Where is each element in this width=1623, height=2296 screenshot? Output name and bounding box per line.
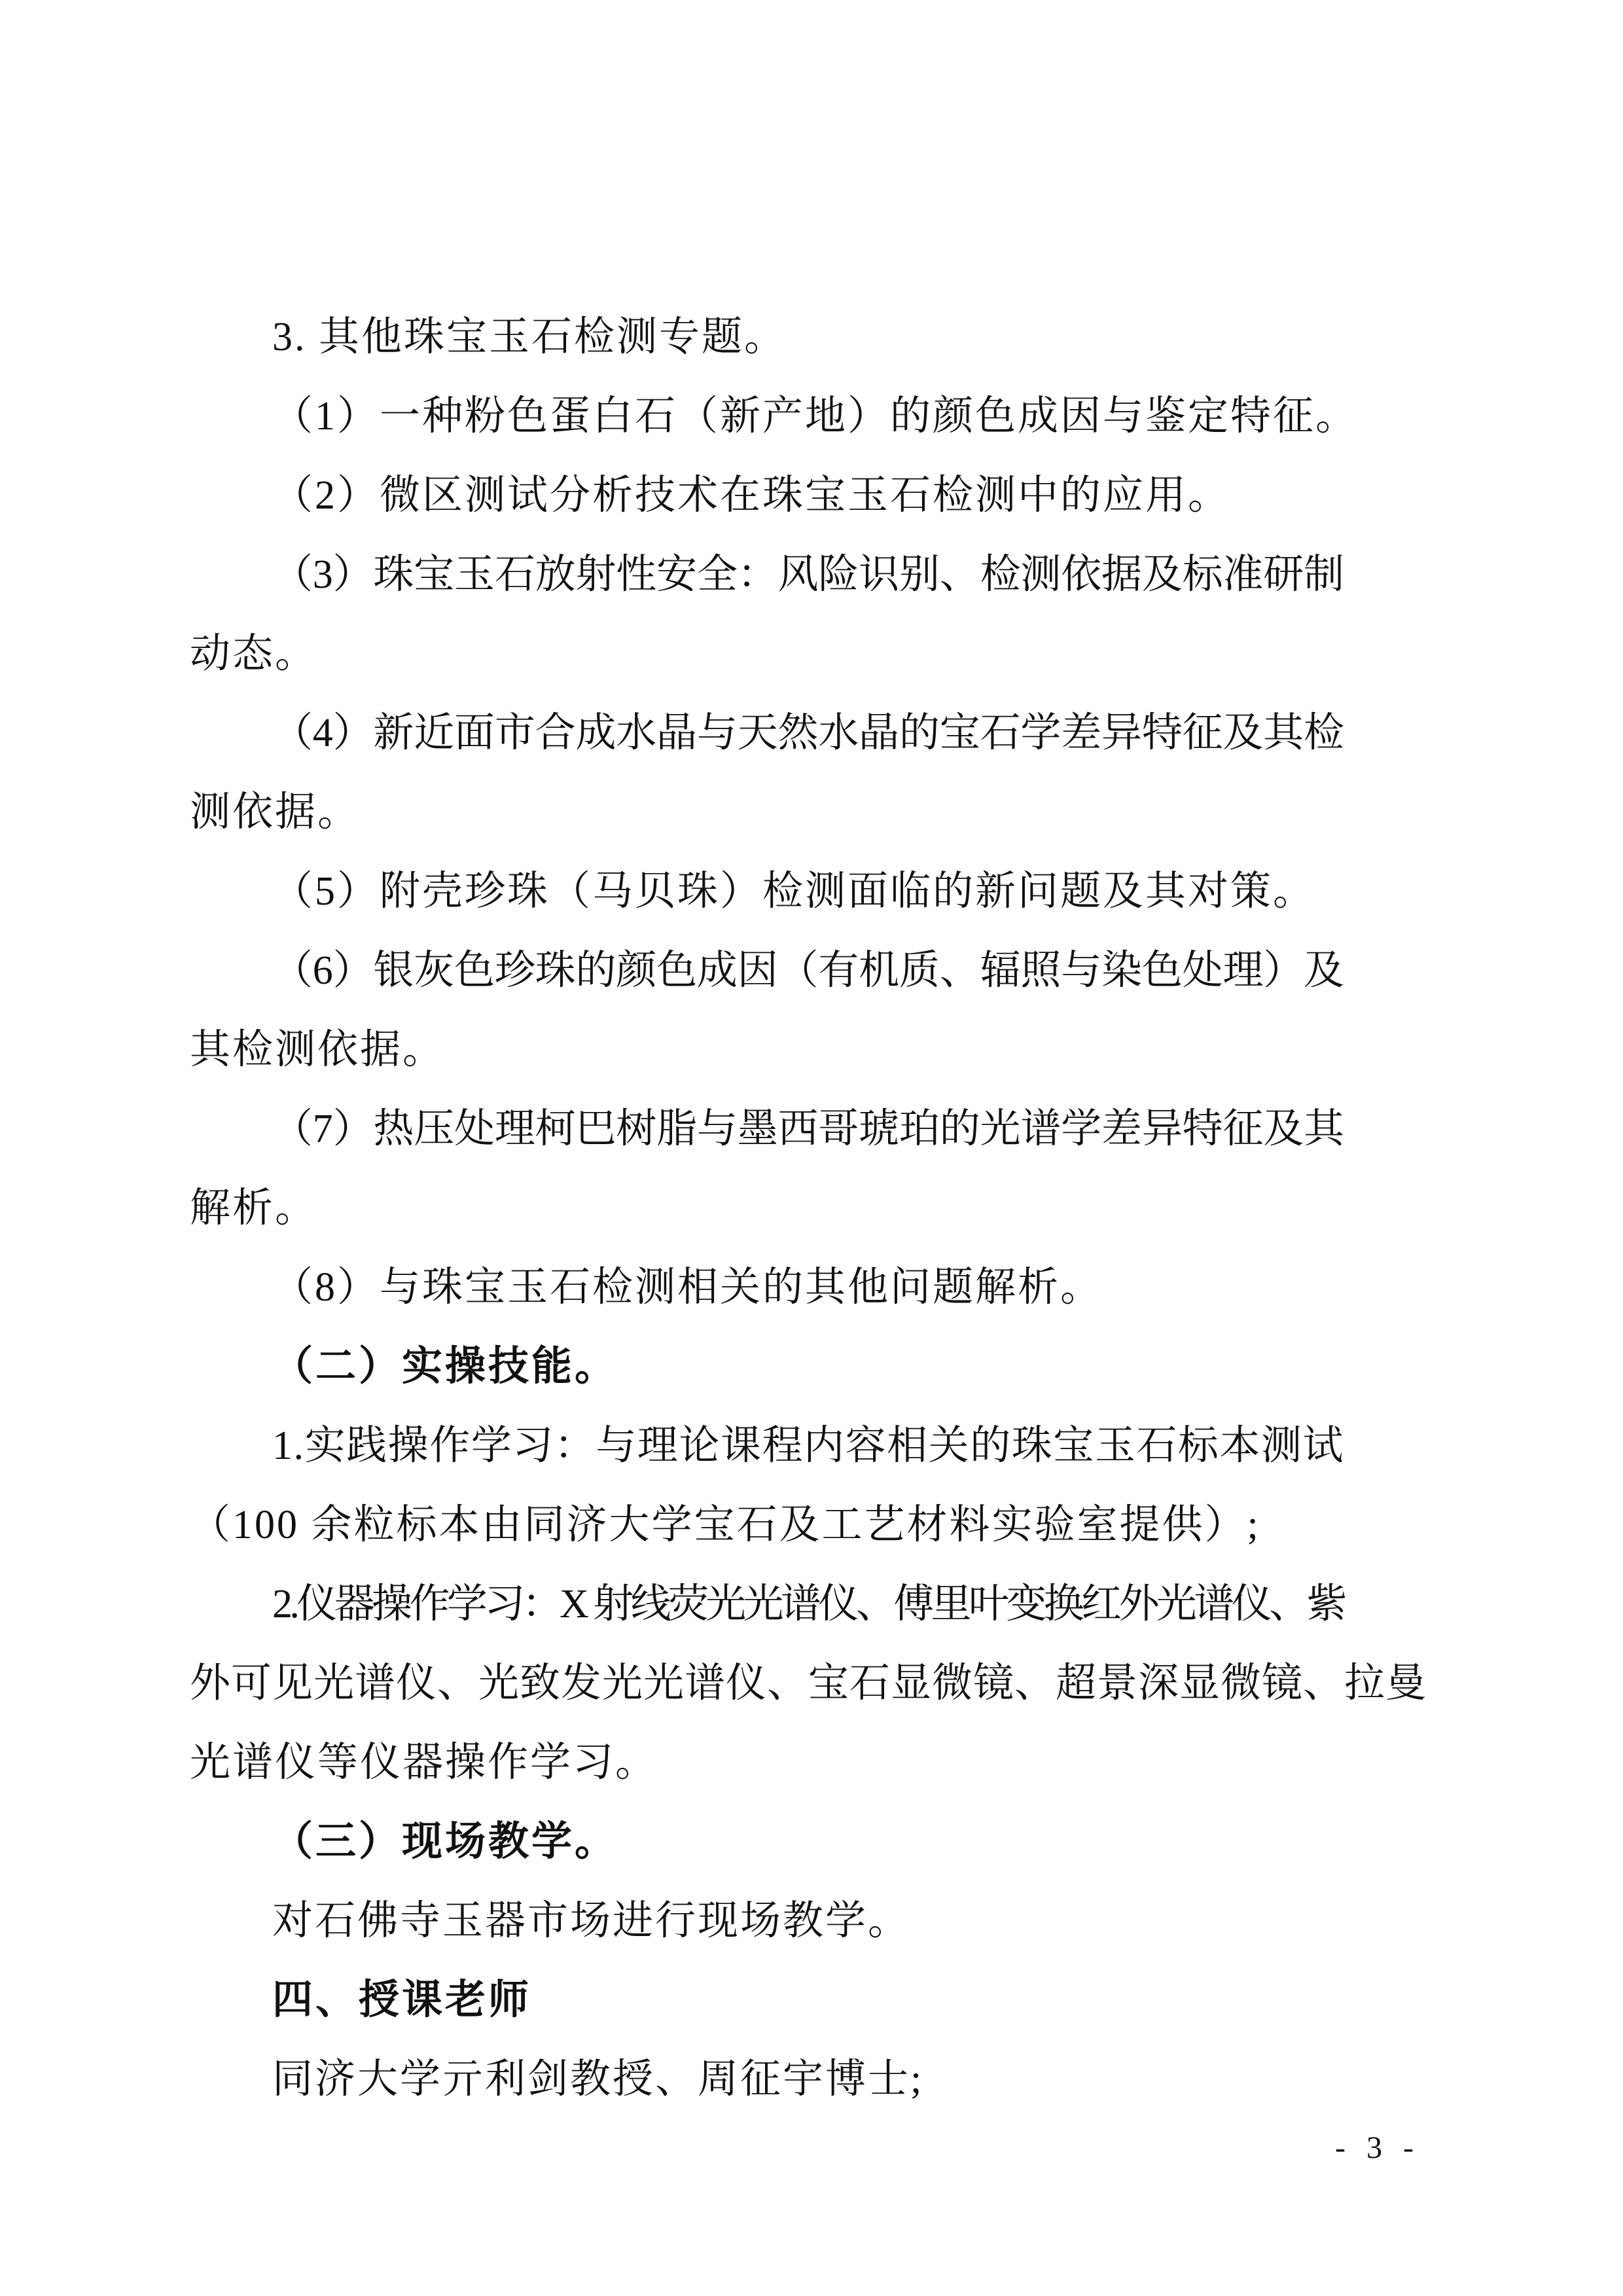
text-line: 同济大学亓利剑教授、周征宇博士; <box>190 2040 1427 2119</box>
text-line: 外可见光谱仪、光致发光光谱仪、宝石显微镜、超景深显微镜、拉曼 <box>190 1644 1427 1723</box>
text-line: （三）现场教学。 <box>190 1803 1427 1882</box>
text-line: 光谱仪等仪器操作学习。 <box>190 1723 1427 1803</box>
document-body: 3. 其他珠宝玉石检测专题。（1）一种粉色蛋白石（新产地）的颜色成因与鉴定特征。… <box>190 298 1427 2119</box>
page-number: - 3 - <box>1335 2128 1420 2168</box>
text-line: （7）热压处理柯巴树脂与墨西哥琥珀的光谱学差异特征及其 <box>190 1090 1427 1169</box>
text-line: （5）附壳珍珠（马贝珠）检测面临的新问题及其对策。 <box>190 852 1427 931</box>
text-line: （2）微区测试分析技术在珠宝玉石检测中的应用。 <box>190 456 1427 535</box>
text-line: 其检测依据。 <box>190 1011 1427 1090</box>
text-line: （100 余粒标本由同济大学宝石及工艺材料实验室提供）; <box>190 1486 1427 1565</box>
text-line: 1.实践操作学习：与理论课程内容相关的珠宝玉石标本测试 <box>190 1407 1427 1486</box>
document-page: 3. 其他珠宝玉石检测专题。（1）一种粉色蛋白石（新产地）的颜色成因与鉴定特征。… <box>0 0 1623 2296</box>
text-line: （4）新近面市合成水晶与天然水晶的宝石学差异特征及其检 <box>190 694 1427 773</box>
text-line: 测依据。 <box>190 773 1427 852</box>
text-line: （二）实操技能。 <box>190 1327 1427 1407</box>
text-line: 2.仪器操作学习：X 射线荧光光谱仪、傅里叶变换红外光谱仪、紫 <box>190 1565 1427 1644</box>
text-line: （6）银灰色珍珠的颜色成因（有机质、辐照与染色处理）及 <box>190 931 1427 1011</box>
text-line: （1）一种粉色蛋白石（新产地）的颜色成因与鉴定特征。 <box>190 377 1427 456</box>
text-line: （8）与珠宝玉石检测相关的其他问题解析。 <box>190 1248 1427 1327</box>
text-line: （3）珠宝玉石放射性安全：风险识别、检测依据及标准研制 <box>190 535 1427 615</box>
text-line: 对石佛寺玉器市场进行现场教学。 <box>190 1882 1427 1961</box>
text-line: 解析。 <box>190 1169 1427 1248</box>
text-line: 3. 其他珠宝玉石检测专题。 <box>190 298 1427 377</box>
text-line: 四、授课老师 <box>190 1961 1427 2040</box>
text-line: 动态。 <box>190 615 1427 694</box>
